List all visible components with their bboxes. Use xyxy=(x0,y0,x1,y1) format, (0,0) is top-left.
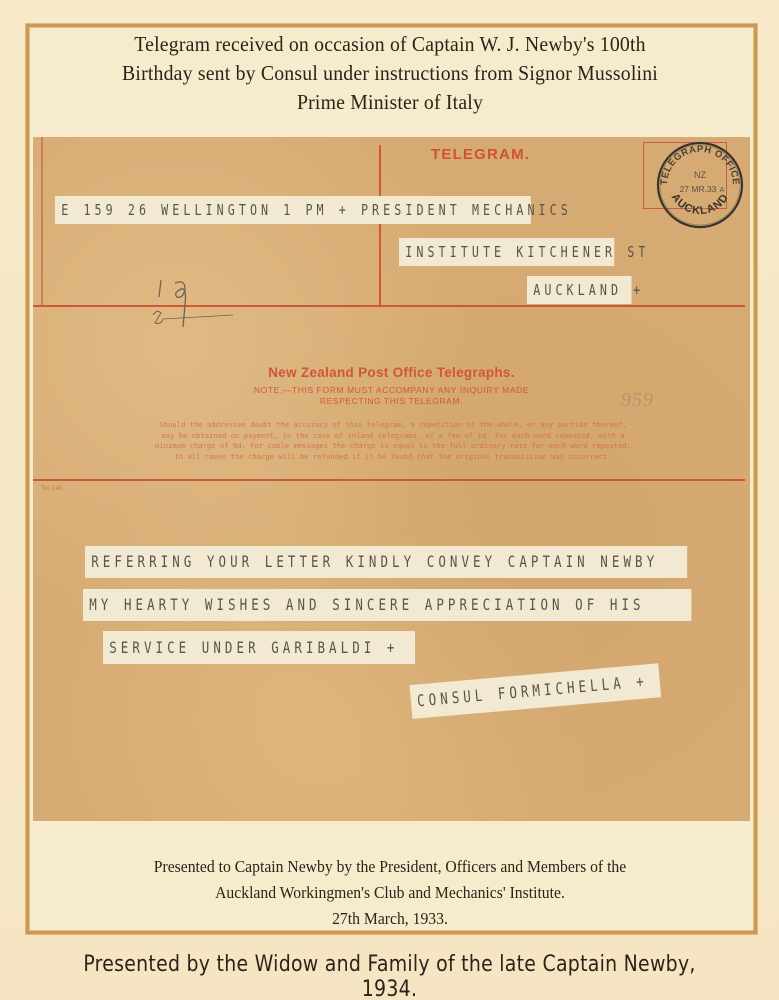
pencil-annotation-icon xyxy=(143,275,253,345)
office-title: New Zealand Post Office Telegraphs. xyxy=(33,365,750,380)
postmark-country: NZ xyxy=(694,170,706,180)
address-strip: AUCKLAND + xyxy=(527,276,632,304)
fine-print-line: minimum charge of 6d. For cable messages… xyxy=(63,441,723,452)
form-code: Tel. 149. xyxy=(41,486,64,492)
fine-print-line: Should the addressee doubt the accuracy … xyxy=(63,420,723,431)
postmark-suffix: A xyxy=(720,187,725,194)
address-strip: INSTITUTE KITCHENER ST xyxy=(399,238,614,266)
handwritten-dedication: Presented by the Widow and Family of the… xyxy=(55,952,725,1000)
message-strip: SERVICE UNDER GARIBALDI + xyxy=(103,631,415,664)
form-rule-left xyxy=(41,137,43,307)
postmark-bottom-text: AUCKLAND xyxy=(669,191,732,217)
postmark-date: 27 MR.33 xyxy=(680,184,717,194)
presentation-caption: Presented to Captain Newby by the Presid… xyxy=(52,854,728,932)
address-strip: E 159 26 WELLINGTON 1 PM + PRESIDENT MEC… xyxy=(55,196,531,224)
fine-print-line: In all cases the charge will be refunded… xyxy=(63,452,723,463)
header-line: Prime Minister of Italy xyxy=(62,88,717,117)
signature-strip: CONSUL FORMICHELLA + xyxy=(410,663,662,719)
form-rule-address xyxy=(33,305,745,307)
fine-print-line: may be obtained on payment, in the case … xyxy=(63,431,723,442)
fine-print: Should the addressee doubt the accuracy … xyxy=(63,420,723,462)
header-caption: Telegram received on occasion of Captain… xyxy=(62,30,717,117)
presentation-line: Presented to Captain Newby by the Presid… xyxy=(52,854,728,880)
serial-number: 959 xyxy=(621,389,654,412)
postmark-stamp-icon: TELEGRAPH OFFICE AUCKLAND NZ 27 MR.33 A xyxy=(655,140,745,230)
form-rule-message xyxy=(33,479,745,481)
form-rule-divider xyxy=(379,145,381,305)
svg-text:AUCKLAND: AUCKLAND xyxy=(669,191,732,217)
message-strip: MY HEARTY WISHES AND SINCERE APPRECIATIO… xyxy=(83,589,691,621)
presentation-date: 27th March, 1933. xyxy=(52,906,728,932)
message-strip: REFERRING YOUR LETTER KINDLY CONVEY CAPT… xyxy=(85,546,687,578)
header-line: Birthday sent by Consul under instructio… xyxy=(62,59,717,88)
telegram-form: TELEGRAM. TELEGRAPH OFFICE AUCKLAND NZ 2… xyxy=(33,137,750,821)
telegram-title: TELEGRAM. xyxy=(431,146,530,163)
header-line: Telegram received on occasion of Captain… xyxy=(62,30,717,59)
presentation-line: Auckland Workingmen's Club and Mechanics… xyxy=(52,880,728,906)
